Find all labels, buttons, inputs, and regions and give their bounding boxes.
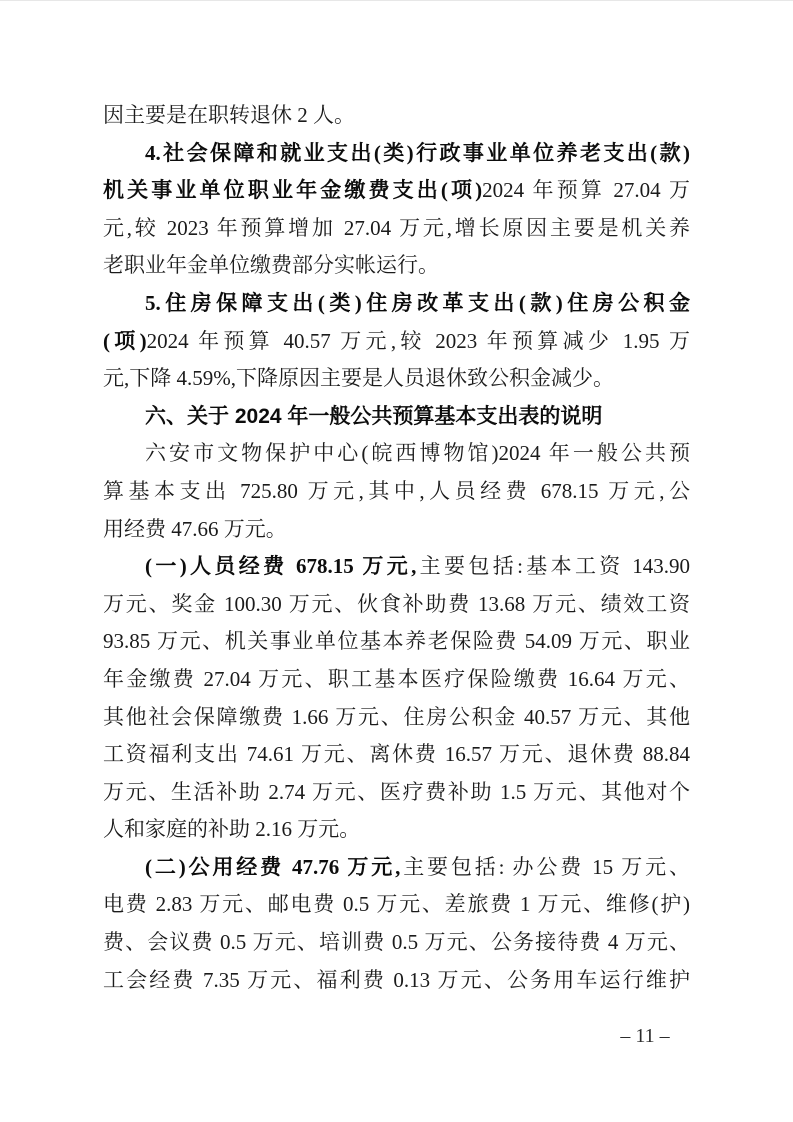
text-line: 电费 2.83 万元、邮电费 0.5 万元、差旅费 1 万元、维修(护) [103, 886, 690, 924]
text-line: 工会经费 7.35 万元、福利费 0.13 万元、公务用车运行维护 [103, 962, 690, 1000]
text-segment: 主要包括:基本工资 143.90 [416, 554, 690, 578]
text-segment: 老职业年金单位缴费部分实帐运行。 [103, 253, 439, 277]
text-segment: 年金缴费 27.04 万元、职工基本医疗保险缴费 16.64 万元、 [103, 667, 690, 691]
text-line: 其他社会保障缴费 1.66 万元、住房公积金 40.57 万元、其他 [103, 699, 690, 737]
text-segment: 万元、奖金 100.30 万元、伙食补助费 13.68 万元、绩效工资 [103, 592, 690, 616]
emphasis-text-segment: 4.社会保障和就业支出(类)行政事业单位养老支出(款) [145, 141, 690, 165]
text-line: 六安市文物保护中心(皖西博物馆)2024 年一般公共预 [103, 435, 690, 473]
emphasis-text-segment: 5.住房保障支出(类)住房改革支出(款)住房公积金 [145, 291, 690, 315]
text-segment: 算基本支出 725.80 万元,其中,人员经费 678.15 万元,公 [103, 479, 690, 503]
text-line: 元,较 2023 年预算增加 27.04 万元,增长原因主要是机关养 [103, 210, 690, 248]
page-top-edge [0, 0, 793, 1]
text-line: 年金缴费 27.04 万元、职工基本医疗保险缴费 16.64 万元、 [103, 661, 690, 699]
document-page: 因主要是在职转退休 2 人。4.社会保障和就业支出(类)行政事业单位养老支出(款… [0, 0, 793, 1122]
text-line: 5.住房保障支出(类)住房改革支出(款)住房公积金 [103, 285, 690, 323]
text-segment: 六安市文物保护中心(皖西博物馆)2024 年一般公共预 [145, 441, 690, 465]
text-segment: 93.85 万元、机关事业单位基本养老保险费 54.09 万元、职业 [103, 629, 690, 653]
text-line: 人和家庭的补助 2.16 万元。 [103, 811, 690, 849]
text-segment: 工资福利支出 74.61 万元、离休费 16.57 万元、退休费 88.84 [103, 742, 690, 766]
text-line: (二)公用经费 47.76 万元,主要包括: 办公费 15 万元、 [103, 849, 690, 887]
text-segment: 万元、生活补助 2.74 万元、医疗费补助 1.5 万元、其他对个 [103, 780, 690, 804]
page-number: – 11 – [590, 1022, 700, 1050]
text-line: 老职业年金单位缴费部分实帐运行。 [103, 247, 690, 285]
emphasis-text-segment: (一)人员经费 678.15 万元, [145, 554, 416, 578]
text-segment: 主要包括: 办公费 15 万元、 [400, 855, 690, 879]
text-segment: 工会经费 7.35 万元、福利费 0.13 万元、公务用车运行维护 [103, 968, 690, 992]
text-line: 算基本支出 725.80 万元,其中,人员经费 678.15 万元,公 [103, 473, 690, 511]
text-segment: 电费 2.83 万元、邮电费 0.5 万元、差旅费 1 万元、维修(护) [103, 892, 690, 916]
text-line: (项)2024 年预算 40.57 万元,较 2023 年预算减少 1.95 万 [103, 323, 690, 361]
text-line: 93.85 万元、机关事业单位基本养老保险费 54.09 万元、职业 [103, 623, 690, 661]
text-segment: 人和家庭的补助 2.16 万元。 [103, 817, 360, 841]
text-segment: 其他社会保障缴费 1.66 万元、住房公积金 40.57 万元、其他 [103, 705, 690, 729]
text-line: 用经费 47.66 万元。 [103, 511, 690, 549]
text-segment: 元,较 2023 年预算增加 27.04 万元,增长原因主要是机关养 [103, 216, 690, 240]
text-segment: 2024 年预算 40.57 万元,较 2023 年预算减少 1.95 万 [147, 329, 690, 353]
text-line: 机关事业单位职业年金缴费支出(项)2024 年预算 27.04 万 [103, 172, 690, 210]
text-segment: 费、会议费 0.5 万元、培训费 0.5 万元、公务接待费 4 万元、 [103, 930, 690, 954]
text-segment: 用经费 47.66 万元。 [103, 517, 287, 541]
text-line: 工资福利支出 74.61 万元、离休费 16.57 万元、退休费 88.84 [103, 736, 690, 774]
emphasis-text-segment: 机关事业单位职业年金缴费支出(项) [103, 178, 482, 202]
text-segment: 元,下降 4.59%,下降原因主要是人员退休致公积金减少。 [103, 366, 614, 390]
section-heading: 六、关于 2024 年一般公共预算基本支出表的说明 [103, 398, 690, 436]
emphasis-text-segment: (项) [103, 329, 147, 353]
emphasis-text-segment: 六、关于 2024 年一般公共预算基本支出表的说明 [145, 405, 602, 428]
text-segment: 因主要是在职转退休 2 人。 [103, 103, 355, 127]
emphasis-text-segment: (二)公用经费 47.76 万元, [145, 855, 400, 879]
text-line: 万元、奖金 100.30 万元、伙食补助费 13.68 万元、绩效工资 [103, 586, 690, 624]
text-segment: 2024 年预算 27.04 万 [482, 178, 690, 202]
text-line: 万元、生活补助 2.74 万元、医疗费补助 1.5 万元、其他对个 [103, 774, 690, 812]
text-line: (一)人员经费 678.15 万元,主要包括:基本工资 143.90 [103, 548, 690, 586]
text-line: 费、会议费 0.5 万元、培训费 0.5 万元、公务接待费 4 万元、 [103, 924, 690, 962]
text-line: 4.社会保障和就业支出(类)行政事业单位养老支出(款) [103, 135, 690, 173]
document-body: 因主要是在职转退休 2 人。4.社会保障和就业支出(类)行政事业单位养老支出(款… [103, 97, 690, 999]
text-line: 因主要是在职转退休 2 人。 [103, 97, 690, 135]
text-line: 元,下降 4.59%,下降原因主要是人员退休致公积金减少。 [103, 360, 690, 398]
